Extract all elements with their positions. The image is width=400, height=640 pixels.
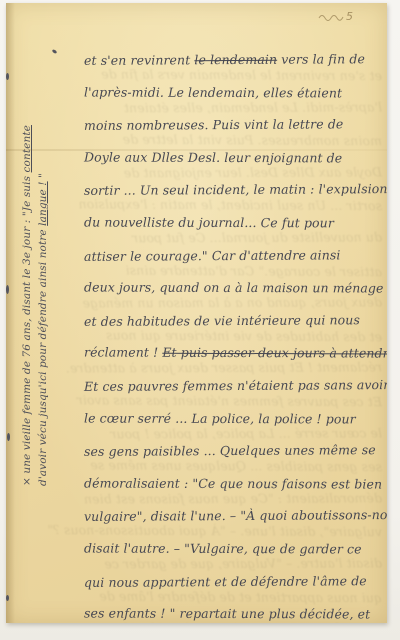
letter-line: le cœur serré ... La police, la police !… [84, 402, 387, 436]
letter-text-segment: qui nous appartient et de défendre l'âme… [84, 573, 367, 590]
letter-line: ses enfants ! " repartait une plus décid… [84, 598, 387, 623]
letter-line: ses gens paisibles ... Quelques unes mêm… [84, 434, 387, 468]
letter-text-segment: du nouvelliste du journal... Ce fut pour [84, 214, 334, 230]
pencil-page-number-text: 5 [346, 10, 353, 24]
pencil-page-number: 5 [318, 10, 353, 24]
letter-text-segment: d'avoir vécu jusqu'ici pour défendre ain… [37, 226, 49, 486]
letter-line: × une vieille femme de 76 ans, disant le… [19, 50, 35, 486]
letter-text-segment: ses gens paisibles ... Quelques unes mêm… [84, 442, 376, 459]
letter-text-segment: Et puis passer deux jours à attendre. [162, 345, 387, 361]
letter-line: l'après-midi. Le lendemain, elles étaien… [84, 76, 387, 110]
letter-text-segment: et s'en revinrent [84, 52, 194, 68]
letter-text-segment: " [37, 173, 49, 181]
letter-line: deux jours, quand on a à la maison un mé… [84, 272, 387, 306]
pencil-scribble [318, 13, 344, 21]
letter-text-segment: Doyle aux Dlles Desl. leur enjoignant de [84, 149, 342, 165]
letter-line: disait l'autre. – "Vulgaire, que de gard… [84, 532, 387, 566]
letter-text-segment: attiser le courage." Car d'attendre ains… [84, 247, 341, 264]
letter-text-segment: démoralisaient : "Ce que nous faisons es… [84, 475, 382, 491]
letter-text-segment: ses enfants ! " repartait une plus décid… [84, 606, 370, 622]
letter-text-segment: moins nombreuses. Puis vint la lettre de [84, 117, 344, 134]
letter-page: et s'en revinrent le lendemain vers la f… [6, 3, 387, 623]
letter-text-segment: langue ! [37, 181, 49, 225]
letter-line: sortir ... Un seul incident, le matin : … [84, 173, 387, 207]
letter-text-segment: le lendemain [194, 52, 277, 68]
letter-text-segment: l'après-midi. Le lendemain, elles étaien… [84, 84, 342, 100]
letter-text-segment: le cœur serré ... La police, la police !… [84, 410, 356, 426]
letter-body: et s'en revinrent le lendemain vers la f… [84, 44, 387, 623]
letter-line: Et ces pauvres femmes n'étaient pas sans… [84, 369, 387, 403]
letter-text-segment: Et ces pauvres femmes n'étaient pas sans… [84, 377, 387, 394]
letter-text-segment: réclament ! [84, 345, 162, 360]
letter-line: d'avoir vécu jusqu'ici pour défendre ain… [35, 50, 51, 486]
letter-line: qui nous appartient et de défendre l'âme… [84, 565, 387, 599]
letter-line: moins nombreuses. Puis vint la lettre de [84, 108, 387, 142]
letter-text-segment: × une vieille femme de 76 ans, disant le… [21, 172, 33, 486]
letter-text-segment: et des habitudes de vie intérieure qui n… [84, 312, 360, 329]
letter-line: démoralisaient : "Ce que nous faisons es… [84, 467, 387, 501]
letter-line: du nouvelliste du journal... Ce fut pour [84, 206, 387, 240]
letter-line: vulgaire", disait l'une. – "À quoi about… [84, 499, 387, 533]
letter-text-segment: deux jours, quand on a à la maison un mé… [84, 280, 384, 296]
ink-speck [6, 285, 9, 294]
letter-line: attiser le courage." Car d'attendre ains… [84, 239, 387, 273]
ink-speck [6, 73, 9, 80]
letter-line: et s'en revinrent le lendemain vers la f… [84, 43, 387, 77]
letter-line: Doyle aux Dlles Desl. leur enjoignant de [84, 141, 387, 175]
ink-speck [7, 433, 10, 441]
ink-speck [52, 49, 58, 54]
letter-line: réclament ! Et puis passer deux jours à … [84, 337, 387, 371]
margin-annotation: × une vieille femme de 76 ans, disant le… [19, 50, 51, 486]
letter-text-segment: contente [21, 125, 33, 172]
letter-text-segment: vulgaire", disait l'une. – "À quoi about… [84, 507, 387, 524]
letter-text-segment: sortir ... Un seul incident, le matin : … [84, 181, 387, 198]
letter-line: et des habitudes de vie intérieure qui n… [84, 304, 387, 338]
letter-text-segment: disait l'autre. – "Vulgaire, que de gard… [84, 540, 362, 556]
letter-text-segment: vers la fin de [277, 51, 365, 67]
ink-speck [6, 595, 9, 601]
letter-scan: et s'en revinrent le lendemain vers la f… [0, 0, 400, 640]
